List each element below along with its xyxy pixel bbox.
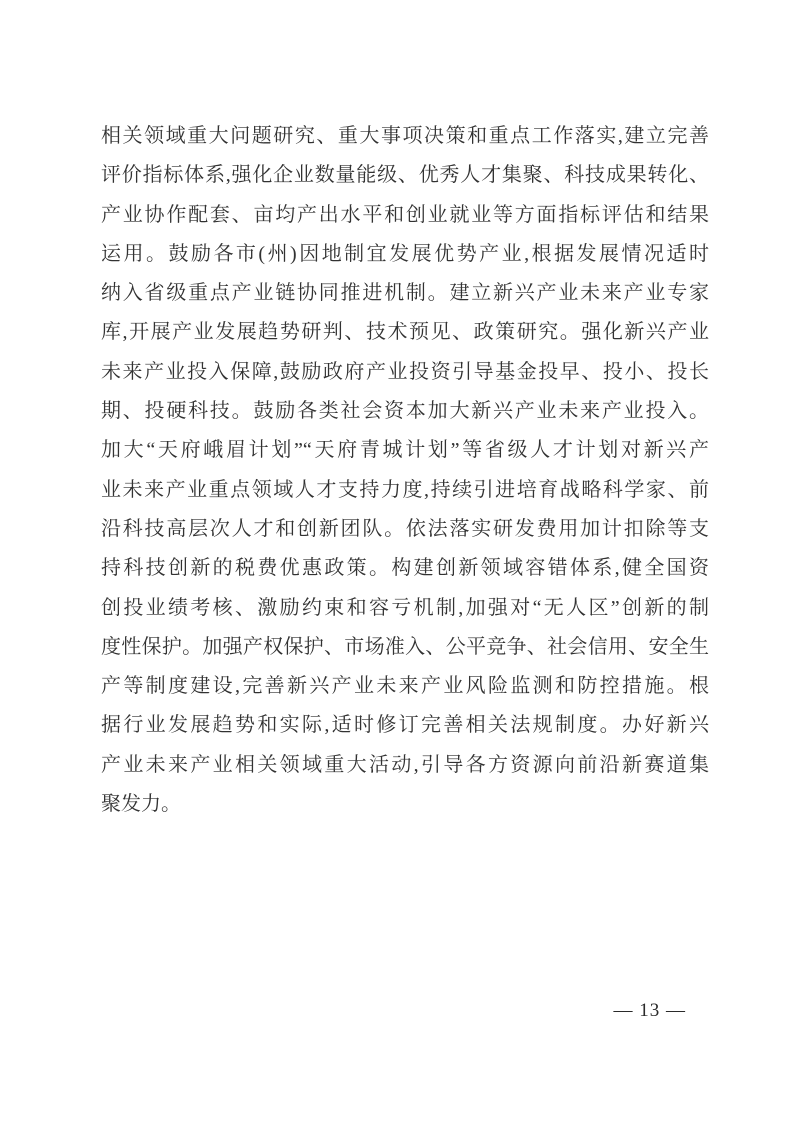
body-text-line: 评价指标体系,强化企业数量能级、优秀人才集聚、科技成果转化、 xyxy=(101,156,709,195)
body-text-line: 沿科技高层次人才和创新团队。依法落实研发费用加计扣除等支 xyxy=(101,510,709,549)
body-text-line: 加大“天府峨眉计划”“天府青城计划”等省级人才计划对新兴产 xyxy=(101,431,709,470)
body-text-line: 持科技创新的税费优惠政策。构建创新领域容错体系,健全国资 xyxy=(101,549,709,588)
page-number: — 13 — xyxy=(614,1000,687,1022)
body-text-line: 未来产业投入保障,鼓励政府产业投资引导基金投早、投小、投长 xyxy=(101,353,709,392)
body-text-line: 期、投硬科技。鼓励各类社会资本加大新兴产业未来产业投入。 xyxy=(101,392,709,431)
body-text-line: 聚发力。 xyxy=(101,785,709,824)
body-text-line: 产等制度建设,完善新兴产业未来产业风险监测和防控措施。根 xyxy=(101,667,709,706)
body-text-line: 产业未来产业相关领域重大活动,引导各方资源向前沿新赛道集 xyxy=(101,746,709,785)
document-page: 相关领域重大问题研究、重大事项决策和重点工作落实,建立完善 评价指标体系,强化企… xyxy=(0,0,794,1123)
body-text-block: 相关领域重大问题研究、重大事项决策和重点工作落实,建立完善 评价指标体系,强化企… xyxy=(101,117,709,824)
body-text-line: 产业协作配套、亩均产出水平和创业就业等方面指标评估和结果 xyxy=(101,196,709,235)
body-text-line: 据行业发展趋势和实际,适时修订完善相关法规制度。办好新兴 xyxy=(101,706,709,745)
body-text-line: 相关领域重大问题研究、重大事项决策和重点工作落实,建立完善 xyxy=(101,117,709,156)
body-text-line: 纳入省级重点产业链协同推进机制。建立新兴产业未来产业专家 xyxy=(101,274,709,313)
body-text-line: 库,开展产业发展趋势研判、技术预见、政策研究。强化新兴产业 xyxy=(101,313,709,352)
body-text-line: 运用。鼓励各市(州)因地制宜发展优势产业,根据发展情况适时 xyxy=(101,235,709,274)
body-text-line: 度性保护。加强产权保护、市场准入、公平竞争、社会信用、安全生 xyxy=(101,628,709,667)
body-text-line: 业未来产业重点领域人才支持力度,持续引进培育战略科学家、前 xyxy=(101,471,709,510)
body-text-line: 创投业绩考核、激励约束和容亏机制,加强对“无人区”创新的制 xyxy=(101,589,709,628)
